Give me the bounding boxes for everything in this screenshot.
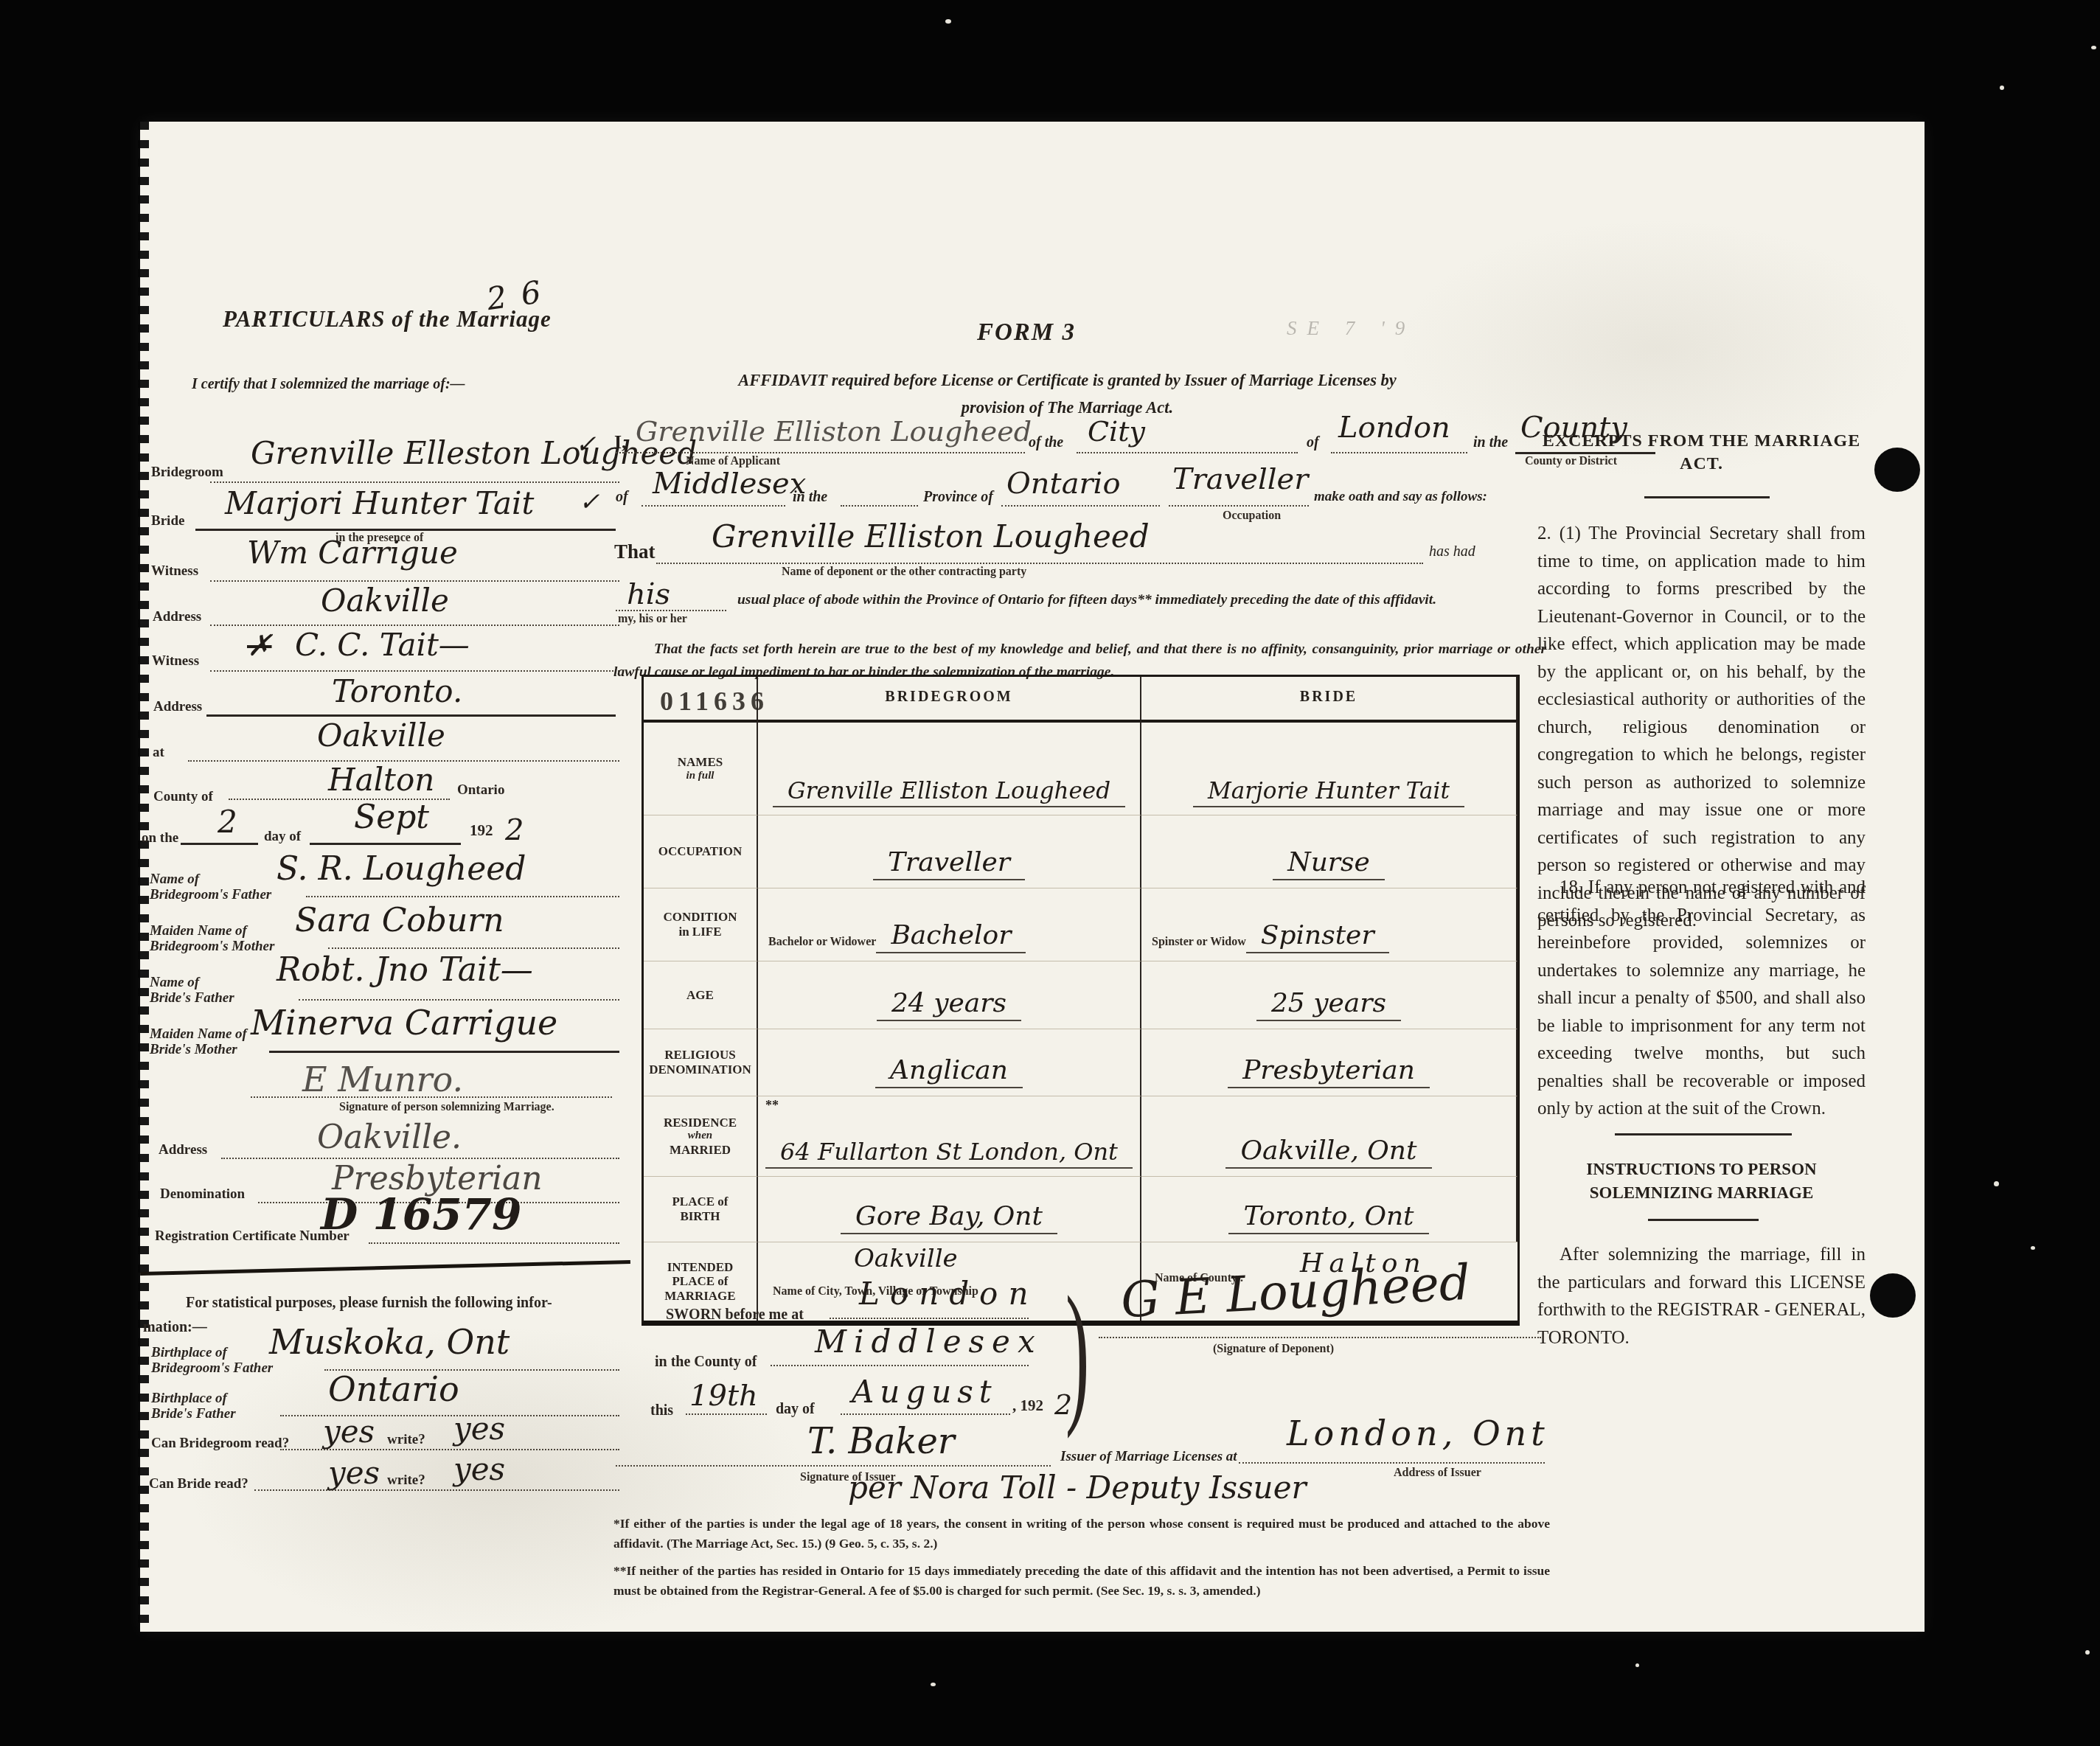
line2-seg3 (1001, 505, 1160, 507)
groom-father-line (306, 896, 619, 897)
table-serial-cell: 011636 (644, 677, 758, 720)
certify-line: I certify that I solemnized the marriage… (192, 376, 465, 393)
at-value: Oakville (317, 717, 445, 754)
address3-line (221, 1158, 619, 1159)
hole-punch-bottom (1870, 1273, 1916, 1318)
date-month: Sept (354, 799, 429, 836)
sworn-line3 (686, 1413, 767, 1415)
form-number: FORM 3 (977, 319, 1076, 347)
row-occupation-groom: Traveller (758, 815, 1141, 888)
county-suffix: Ontario (457, 783, 504, 799)
line2-of: of (616, 489, 628, 506)
sworn-county-label: in the County of (655, 1354, 757, 1371)
bride-read-line (254, 1489, 619, 1491)
solemnizer-label: Signature of person solemnizing Marriage… (339, 1101, 554, 1114)
line3-line (656, 563, 1423, 564)
line3-deponent: Grenville Elliston Lougheed (712, 518, 1150, 554)
line4-his: his (627, 577, 670, 611)
county-value: Halton (328, 762, 434, 798)
row-birthplace-bride: Toronto, Ont (1141, 1176, 1517, 1242)
row-birthplace-label: PLACE ofBIRTH (644, 1176, 758, 1242)
scan-speck (1635, 1663, 1639, 1667)
act-rule-2 (1615, 1133, 1792, 1135)
act-rule-3 (1648, 1219, 1759, 1221)
row-residence-groom: ** 64 Fullarton St London, Ont (758, 1096, 1141, 1176)
address1-label: Address (153, 610, 201, 625)
deputy-issuer-note: per Nora Toll - Deputy Issuer (848, 1470, 1307, 1506)
groom-read-value: yes (323, 1413, 375, 1450)
sworn-county: Middlesex (815, 1324, 1043, 1360)
line1-seg2 (1077, 452, 1298, 453)
address2-line (206, 714, 616, 717)
bridegroom-label: Bridegroom (151, 465, 223, 481)
address2-label: Address (153, 700, 202, 715)
act-rule-1 (1644, 496, 1770, 498)
deponent-sig-line (1099, 1337, 1541, 1338)
address2-value: Toronto. (332, 673, 462, 709)
line3-has-had: has had (1429, 543, 1475, 560)
bp-groom-father-label: Birthplace of Bridegroom's Father (151, 1346, 273, 1376)
line2-seg4 (1169, 505, 1309, 507)
residence-note: ** (765, 1098, 779, 1113)
groom-father-label: Name of Bridegroom's Father (150, 872, 271, 902)
row-names-groom: Grenville Elliston Lougheed (758, 720, 1141, 815)
bride-label: Bride (151, 514, 184, 529)
line2-county: Middlesex (653, 467, 806, 501)
witness1-line (210, 580, 619, 582)
groom-father-value: S. R. Lougheed (277, 850, 526, 888)
affidavit-table: 011636 BRIDEGROOM BRIDE NAMESin full Gre… (642, 675, 1520, 1326)
sworn-at-label: SWORN before me at (666, 1307, 804, 1324)
row-age-label: AGE (644, 961, 758, 1029)
sworn-this: this (650, 1403, 673, 1419)
line1-seg1 (616, 452, 1025, 453)
sworn-month: August (852, 1374, 998, 1410)
bride-line (195, 529, 616, 531)
witness2-name: C. C. Tait— (295, 627, 470, 663)
line1-in-the: in the (1473, 434, 1508, 451)
registration-line (369, 1242, 619, 1244)
bride-father-label: Name of Bride's Father (150, 975, 234, 1006)
row-condition-label: CONDITIONin LIFE (644, 888, 758, 961)
bp-bride-father-label: Birthplace of Bride's Father (151, 1391, 236, 1422)
date-day: 2 (218, 804, 237, 840)
sworn-day-of: day of (776, 1402, 815, 1418)
line2-seg1 (642, 505, 785, 507)
line1-of: of (1307, 434, 1319, 451)
row-age-groom: 24 years (758, 961, 1141, 1029)
groom-mother-value: Sara Coburn (295, 902, 504, 939)
date-mid: day of (264, 829, 301, 845)
row-religion-bride: Presbyterian (1141, 1029, 1517, 1096)
act-title: EXCERPTS FROM THE MARRIAGE ACT. (1537, 430, 1866, 476)
row-religion-groom: Anglican (758, 1029, 1141, 1096)
witness2-mark: ✗ (247, 629, 272, 663)
groom-write-value: yes (453, 1411, 505, 1447)
row-occupation-label: OCCUPATION (644, 815, 758, 888)
left-section-divider (140, 1260, 630, 1276)
bp-bride-father-value: Ontario (328, 1369, 459, 1409)
row-occupation-bride: Nurse (1141, 815, 1517, 888)
witness1-name: Wm Carrigue (247, 535, 458, 571)
line2-occupation-label: Occupation (1223, 509, 1281, 523)
witness2-line (210, 670, 619, 672)
date-year-written: 2 (505, 813, 524, 847)
act-section-2: 2. (1) The Provincial Secretary shall fr… (1537, 520, 1866, 935)
instructions-title: INSTRUCTIONS TO PERSON SOLEMNIZING MARRI… (1537, 1158, 1866, 1205)
bride-mother-line (269, 1051, 619, 1053)
line1-seg3 (1331, 452, 1467, 453)
line2-seg2 (841, 505, 918, 507)
check-mark-1: ✓ (575, 430, 597, 459)
line4-line (616, 610, 726, 611)
row-condition-bride: Spinster or Widow Spinster (1141, 888, 1517, 961)
row-residence-bride: Oakville, Ont (1141, 1096, 1517, 1176)
perforated-edge (138, 122, 149, 1632)
bride-father-line (299, 999, 619, 1001)
faint-date-stamp: SE 7 '9 (1287, 317, 1415, 340)
line1-city: City (1088, 415, 1145, 448)
scan-speck (1994, 1181, 1999, 1186)
groom-read-line (280, 1449, 619, 1450)
bride-write-label: write? (387, 1473, 425, 1489)
issuer-signature: T. Baker (807, 1421, 955, 1462)
bride-father-value: Robt. Jno Tait— (277, 951, 533, 989)
groom-write-label: write? (387, 1433, 425, 1448)
bp-groom-father-value: Muskoka, Ont (269, 1322, 510, 1362)
stats-intro1: For statistical purposes, please furnish… (186, 1295, 552, 1312)
line4-his-label: my, his or her (618, 613, 687, 626)
instructions-text: After solemnizing the marriage, fill in … (1537, 1241, 1866, 1352)
solemnizer-signature: E Munro. (302, 1060, 463, 1099)
scan-speck (2000, 86, 2004, 90)
bride-name: Marjori Hunter Tait (225, 485, 534, 521)
document-page: PARTICULARS of the Marriage 26 I certify… (140, 122, 1925, 1632)
check-mark-2: ✓ (579, 487, 600, 517)
affidavit-title-line1: AFFIDAVIT required before License or Cer… (619, 371, 1515, 390)
line1-of-the: of the (1029, 434, 1063, 451)
bride-mother-label: Maiden Name of Bride's Mother (150, 1027, 247, 1057)
deponent-sig-label: (Signature of Deponent) (1213, 1343, 1334, 1356)
line3-that: That (614, 540, 656, 563)
footnote-1: *If either of the parties is under the l… (613, 1514, 1550, 1554)
row-birthplace-groom: Gore Bay, Ont (758, 1176, 1141, 1242)
line2-occupation: Traveller (1172, 462, 1308, 496)
groom-mother-line (328, 947, 619, 949)
issuer-at-label: Issuer of Marriage Licenses at (1060, 1449, 1237, 1465)
bride-mother-value: Minerva Carrigue (251, 1003, 557, 1043)
row-residence-label: RESIDENCEwhenMARRIED (644, 1096, 758, 1176)
stats-intro2: mation:— (143, 1320, 207, 1336)
footnote-2: **If neither of the parties has resided … (613, 1561, 1550, 1601)
issuer-addr-label: Address of Issuer (1394, 1467, 1481, 1480)
issuer-addr-line (1239, 1462, 1545, 1464)
address1-value: Oakville (321, 582, 449, 619)
sworn-year-printed: , 192 (1012, 1397, 1043, 1414)
issuer-address: London, Ont (1287, 1413, 1549, 1453)
row-names-label: NAMESin full (644, 720, 758, 815)
groom-mother-label: Maiden Name of Bridegroom's Mother (150, 924, 274, 954)
line2-in-the: in the (793, 489, 827, 506)
registration-label: Registration Certificate Number (155, 1229, 350, 1245)
scanned-document-stage: PARTICULARS of the Marriage 26 I certify… (0, 0, 2100, 1746)
date-prefix: on the (142, 831, 178, 846)
at-label: at (153, 745, 164, 761)
table-bridegroom-header: BRIDEGROOM (758, 677, 1141, 720)
line3-deponent-label: Name of deponent or the other contractin… (782, 566, 1026, 579)
issuer-sig-line (616, 1465, 1051, 1467)
line1-applicant: Grenville Elliston Lougheed (636, 415, 1032, 448)
bride-read-value: yes (328, 1455, 380, 1491)
address3-value: Oakville. (317, 1119, 462, 1156)
bride-read-label: Can Bride read? (149, 1477, 248, 1492)
line1-i: I, (614, 431, 627, 453)
scan-speck (945, 19, 951, 24)
row-age-bride: 25 years (1141, 961, 1517, 1029)
date-line2 (310, 843, 461, 845)
row-condition-groom: Bachelor or Widower Bachelor (758, 888, 1141, 961)
sworn-day: 19th (689, 1379, 758, 1413)
row-religion-label: RELIGIOUSDENOMINATION (644, 1029, 758, 1096)
address3-label: Address (159, 1143, 207, 1158)
table-bride-header: BRIDE (1141, 677, 1517, 720)
county-label: County of (153, 790, 213, 805)
groom-read-label: Can Bridegroom read? (151, 1436, 289, 1452)
registration-number: D 16579 (321, 1189, 521, 1239)
sworn-line2 (771, 1365, 1029, 1366)
serial-number: 011636 (660, 686, 769, 717)
act-section-18: 18. If any person not registered with an… (1537, 874, 1866, 1123)
witness1-label: Witness (151, 564, 198, 580)
bride-write-value: yes (453, 1451, 505, 1487)
witness2-label: Witness (152, 654, 199, 669)
sworn-place: London (859, 1276, 1038, 1312)
scan-speck (2031, 1246, 2035, 1250)
sworn-line1 (830, 1318, 1029, 1319)
line2-province-of: Province of (923, 489, 993, 506)
row-names-bride: Marjorie Hunter Tait (1141, 720, 1517, 815)
line4-abode: usual place of abode within the Province… (737, 592, 1436, 608)
denomination-label: Denomination (160, 1187, 245, 1203)
line1-place: London (1338, 411, 1450, 445)
sworn-line4 (841, 1413, 1010, 1415)
line2-province: Ontario (1006, 467, 1120, 501)
line2-oath: make oath and say as follows: (1314, 489, 1487, 505)
date-year-printed: 192 (470, 822, 493, 839)
date-line1 (181, 843, 258, 845)
solemnizer-line (251, 1096, 612, 1098)
scan-speck (931, 1683, 936, 1686)
bridegroom-line (210, 481, 619, 483)
scan-speck (2091, 46, 2096, 49)
scan-speck (2085, 1650, 2090, 1655)
address1-line (210, 625, 619, 626)
hole-punch-top (1874, 448, 1920, 492)
sworn-brace: ) (1065, 1272, 1089, 1430)
